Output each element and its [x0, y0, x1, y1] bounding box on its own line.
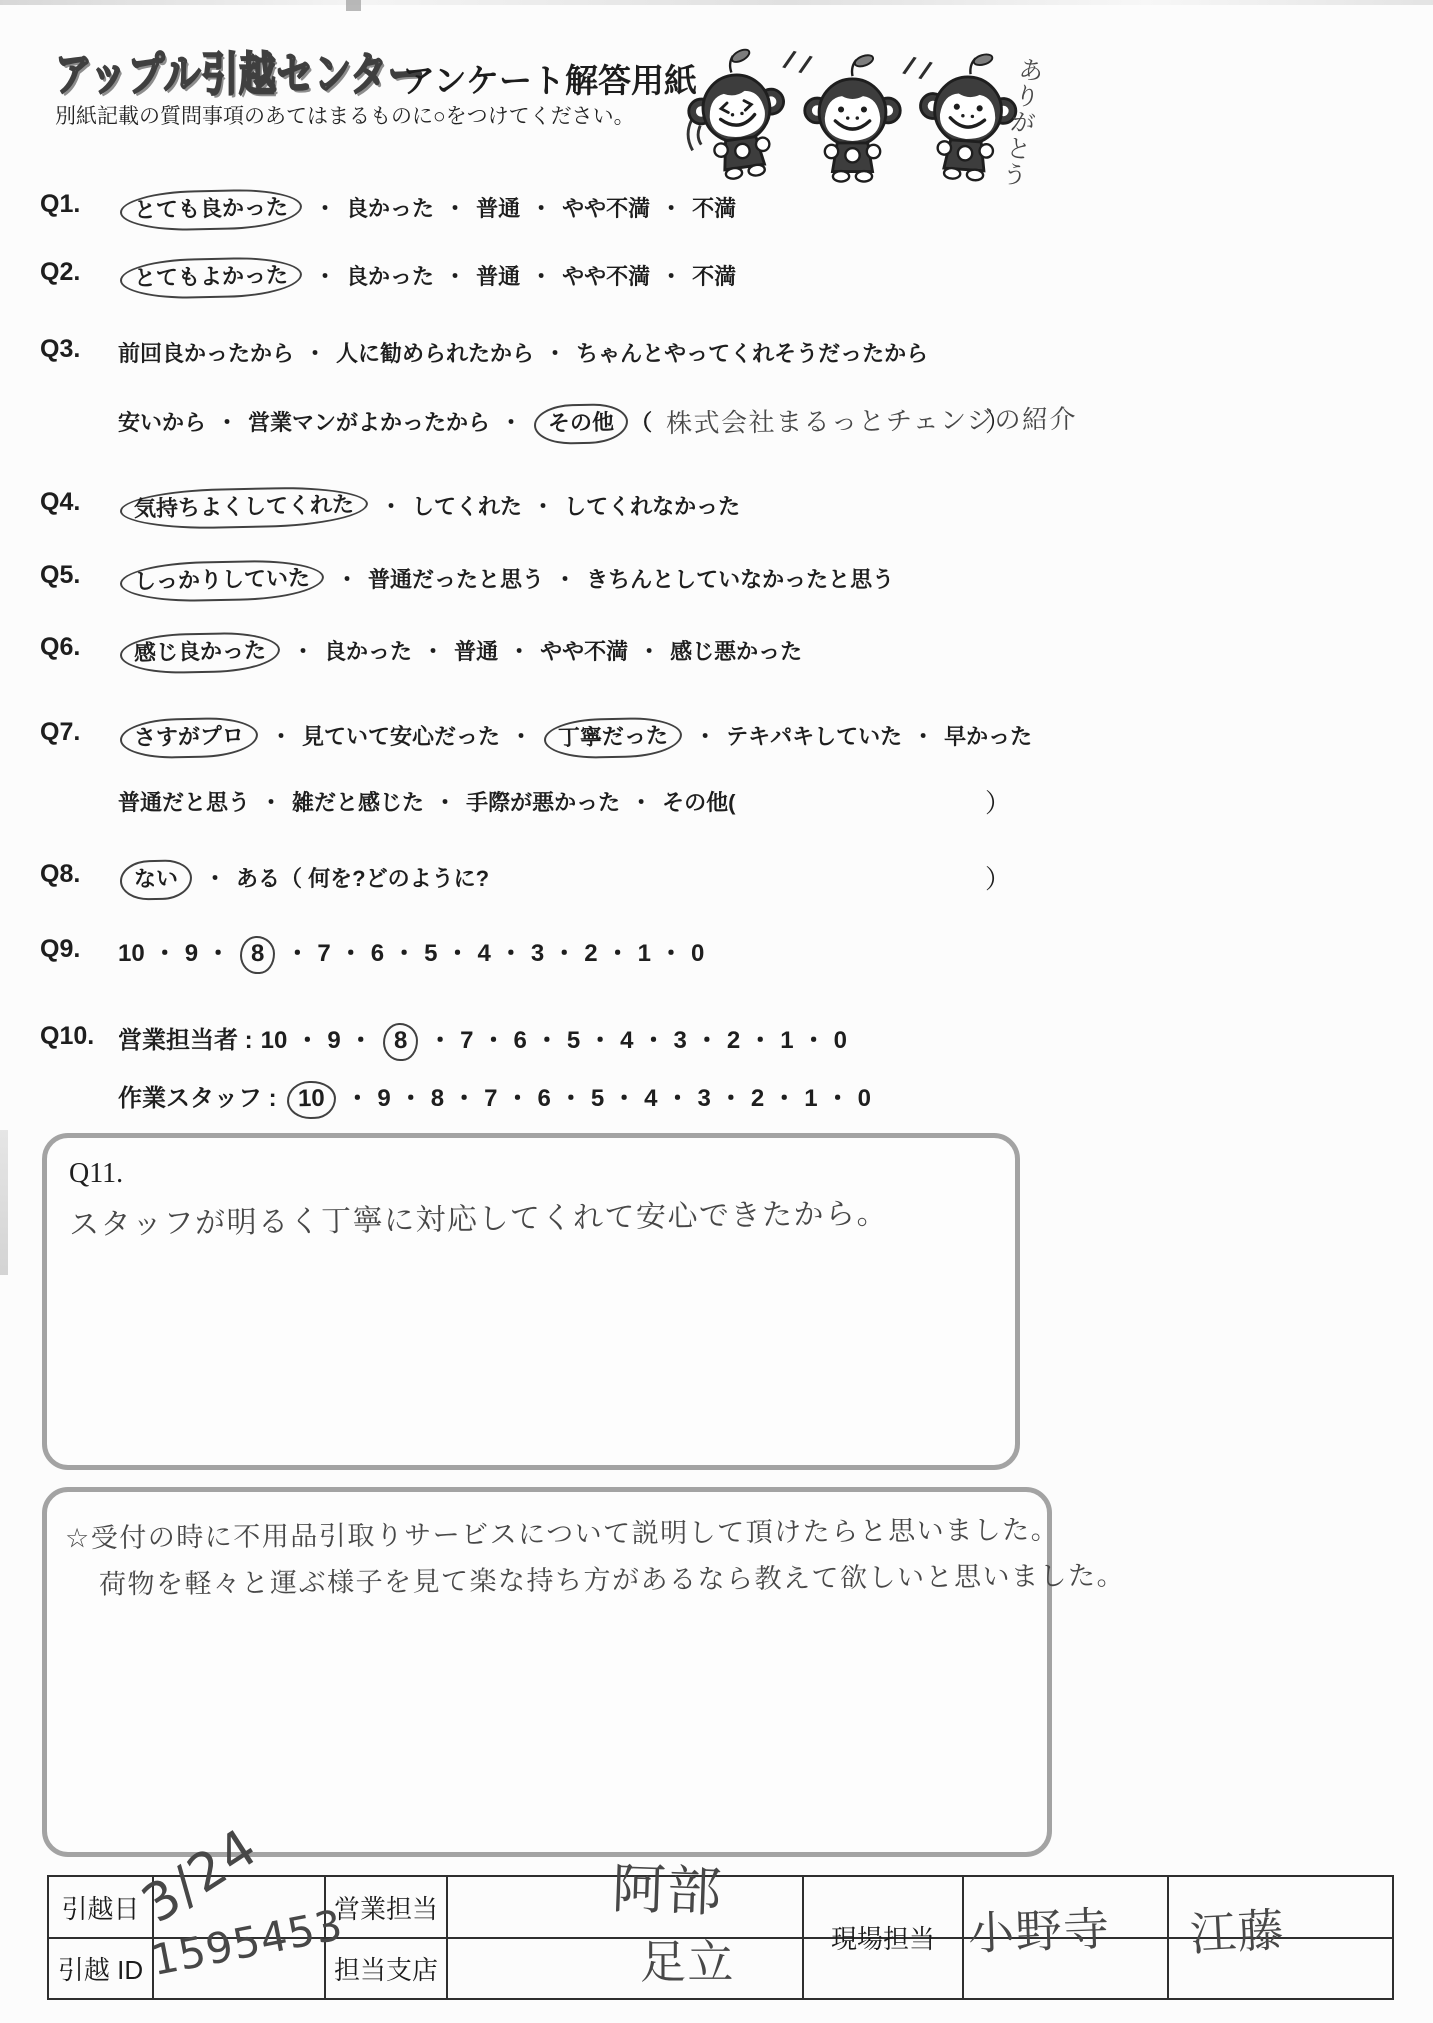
survey-form-page: アップル引越センター アンケート解答用紙 別紙記載の質問事項のあてはまるものに○… — [0, 0, 1433, 2023]
option: 6 — [537, 1080, 550, 1118]
option-separator: ・ — [719, 1085, 743, 1112]
option-separator: ・ — [444, 264, 466, 289]
option-separator: ・ — [508, 639, 530, 664]
scan-artifact — [346, 0, 361, 11]
option-separator: ・ — [826, 1085, 850, 1112]
option: 早かった — [944, 718, 1032, 756]
option: 10 — [261, 1022, 288, 1060]
option: 7 — [460, 1022, 473, 1060]
question-label: Q1. — [40, 190, 80, 219]
option-separator: ・ — [481, 1027, 505, 1054]
option: 普通 — [476, 258, 520, 296]
question-row: 気持ちよくしてくれた・してくれた・してくれなかった — [118, 488, 1413, 532]
option: 10 — [118, 935, 145, 973]
comment-line: 荷物を軽々と運ぶ様子を見て楽な持ち方があるなら教えて欲しいと思いました。 — [99, 1554, 1125, 1602]
option: 3 — [531, 935, 544, 973]
q11-response-box: Q11. スタッフが明るく丁寧に対応してくれて安心できたから。 — [42, 1133, 1020, 1470]
option: 1 — [804, 1080, 817, 1118]
option: 6 — [371, 935, 384, 973]
company-logo: アップル引越センター — [55, 38, 425, 104]
option: 3 — [698, 1080, 711, 1118]
option-separator: ・ — [510, 724, 532, 749]
option: その他( — [662, 784, 735, 822]
option: してくれた — [412, 488, 522, 526]
option: 良かった — [346, 258, 434, 296]
option: 不満 — [692, 190, 736, 228]
monkey-waving-icon — [685, 46, 790, 186]
option: 1 — [780, 1022, 793, 1060]
option-separator: ・ — [552, 940, 576, 967]
option: 5 — [591, 1080, 604, 1118]
question-row: 普通だと思う・雑だと感じた・手際が悪かった・その他(） — [118, 784, 1413, 828]
q11-label: Q11. — [69, 1158, 123, 1190]
move-id-label: 引越 ID — [49, 1938, 152, 1998]
option-separator: ・ — [444, 196, 466, 221]
circled-option: 気持ちよくしてくれた — [120, 485, 369, 530]
option-separator: ・ — [428, 1027, 452, 1054]
question-row: しっかりしていた・普通だったと思う・きちんとしていなかったと思う — [118, 561, 1413, 605]
option: 6 — [513, 1022, 526, 1060]
option: 見ていて安心だった — [302, 718, 500, 756]
option-separator: ・ — [295, 1027, 319, 1054]
option: 良かった — [324, 633, 412, 671]
q11-handwritten-answer: スタッフが明るく丁寧に対応してくれて安心できたから。 — [69, 1188, 889, 1243]
handwritten-answer: 株式会社まるっとチェンジの紹介 — [666, 401, 1077, 443]
option-separator: ・ — [285, 940, 309, 967]
scan-artifact — [0, 1130, 8, 1275]
option-separator: ・ — [314, 196, 336, 221]
option-separator: ・ — [216, 410, 238, 435]
option: 雑だと感じた — [292, 784, 424, 822]
option: 9 — [327, 1022, 340, 1060]
form-title: アンケート解答用紙 — [402, 55, 697, 102]
option-separator: ・ — [499, 940, 523, 967]
option: 普通だと思う — [118, 784, 250, 822]
option-separator: ・ — [748, 1027, 772, 1054]
option: 普通 — [454, 633, 498, 671]
option-separator: ・ — [392, 940, 416, 967]
option-separator: ・ — [554, 567, 576, 592]
option-separator: ・ — [452, 1085, 476, 1112]
option-separator: ・ — [314, 264, 336, 289]
circled-option: ない — [120, 859, 193, 900]
option: ちゃんとやってくれそうだったから — [576, 335, 928, 373]
option-separator: ・ — [530, 196, 552, 221]
option-separator: ・ — [638, 639, 660, 664]
question-row: とてもよかった・良かった・普通・やや不満・不満 — [118, 258, 1413, 302]
option: 5 — [424, 935, 437, 973]
option-separator: ・ — [612, 1085, 636, 1112]
mascot-group — [685, 46, 1045, 196]
sales-rep-label: 営業担当 — [326, 1877, 446, 1937]
option-separator: ・ — [802, 1027, 826, 1054]
handwritten-site-staff: 江藤 — [1188, 1894, 1286, 1965]
handwritten-branch: 足立 — [640, 1926, 735, 1992]
question-row: 営業担当者 :10・9・8・7・6・5・4・3・2・1・0 — [118, 1022, 1413, 1066]
question-label: Q8. — [40, 860, 80, 889]
option-separator: ・ — [642, 1027, 666, 1054]
option-separator: ・ — [206, 940, 230, 967]
question-row: 安いから・営業マンがよかったから・その他（株式会社まるっとチェンジの紹介） — [118, 403, 1413, 447]
comment-box: ☆受付の時に不用品引取りサービスについて説明して頂けたらと思いました。 荷物を軽… — [42, 1487, 1052, 1857]
option-separator: ・ — [666, 1085, 690, 1112]
option-separator: ・ — [304, 341, 326, 366]
question-row: さすがプロ・見ていて安心だった・丁寧だった・テキパキしていた・早かった — [118, 718, 1413, 762]
option-separator: ・ — [660, 264, 682, 289]
option-separator: ・ — [530, 264, 552, 289]
option-separator: ・ — [380, 494, 402, 519]
option-separator: ・ — [588, 1027, 612, 1054]
question-label: Q10. — [40, 1022, 94, 1051]
question-label: Q6. — [40, 633, 80, 662]
option-separator: ・ — [153, 940, 177, 967]
option: 不満 — [692, 258, 736, 296]
option: 3 — [674, 1022, 687, 1060]
option: 良かった — [346, 190, 434, 228]
option: 2 — [727, 1022, 740, 1060]
question-label: Q2. — [40, 258, 80, 287]
option-separator: ・ — [434, 790, 456, 815]
option: 1 — [638, 935, 651, 973]
option: 2 — [751, 1080, 764, 1118]
option: 9 — [185, 935, 198, 973]
option-text: 作業スタッフ : — [118, 1080, 277, 1118]
option-text: 営業担当者 : — [118, 1022, 253, 1060]
question-label: Q5. — [40, 561, 80, 590]
site-staff-label: 現場担当 — [804, 1877, 962, 1998]
comment-line: ☆受付の時に不用品引取りサービスについて説明して頂けたらと思いました。 — [65, 1508, 1059, 1556]
closing-paren: ） — [985, 784, 1011, 822]
circled-option: 10 — [286, 1080, 335, 1119]
option-text: （ 何を?どのように? — [280, 860, 489, 898]
option-separator: ・ — [292, 639, 314, 664]
option: 2 — [584, 935, 597, 973]
handwritten-site-staff: 小野寺 — [967, 1893, 1112, 1964]
option-separator: ・ — [694, 724, 716, 749]
option: 0 — [834, 1022, 847, 1060]
option-separator: ・ — [500, 410, 522, 435]
option-separator: ・ — [339, 940, 363, 967]
circled-option: 丁寧だった — [544, 717, 683, 760]
circled-option: 8 — [240, 936, 276, 975]
question-row: とても良かった・良かった・普通・やや不満・不満 — [118, 190, 1413, 234]
question-row: 前回良かったから・人に勧められたから・ちゃんとやってくれそうだったから — [118, 335, 1413, 379]
option: 4 — [620, 1022, 633, 1060]
circled-option: とてもよかった — [120, 256, 303, 300]
question-label: Q9. — [40, 935, 80, 964]
circled-option: しっかりしていた — [120, 559, 325, 603]
option: やや不満 — [540, 633, 628, 671]
option-separator: ・ — [336, 567, 358, 592]
option-separator: ・ — [532, 494, 554, 519]
question-row: 作業スタッフ :10・9・8・7・6・5・4・3・2・1・0 — [118, 1080, 1413, 1124]
option: 0 — [691, 935, 704, 973]
question-label: Q4. — [40, 488, 80, 517]
option: 0 — [858, 1080, 871, 1118]
option: 4 — [478, 935, 491, 973]
option: 前回良かったから — [118, 335, 294, 373]
option-separator: ・ — [399, 1085, 423, 1112]
closing-paren: ） — [985, 860, 1011, 898]
option-separator: ・ — [606, 940, 630, 967]
option-separator: ・ — [630, 790, 652, 815]
question-row: ない・ある（ 何を?どのように?） — [118, 860, 1413, 904]
option-separator: ・ — [260, 790, 282, 815]
scan-artifact — [0, 0, 1433, 5]
circled-option: さすがプロ — [120, 717, 259, 760]
option-text: （ — [630, 404, 652, 442]
option-separator: ・ — [772, 1085, 796, 1112]
option-separator: ・ — [345, 1085, 369, 1112]
option: やや不満 — [562, 190, 650, 228]
option: 手際が悪かった — [466, 784, 620, 822]
circled-option: とても良かった — [120, 188, 303, 232]
monkey-smiling-icon — [800, 50, 905, 190]
option: してくれなかった — [564, 488, 740, 526]
option: 8 — [431, 1080, 444, 1118]
option: ある — [236, 860, 280, 898]
option: 7 — [317, 935, 330, 973]
option: 人に勧められたから — [336, 335, 534, 373]
option-separator: ・ — [349, 1027, 373, 1054]
option: 感じ悪かった — [670, 633, 802, 671]
option: 9 — [377, 1080, 390, 1118]
option-separator: ・ — [912, 724, 934, 749]
option-separator: ・ — [660, 196, 682, 221]
option-separator: ・ — [446, 940, 470, 967]
option: 4 — [644, 1080, 657, 1118]
option: 安いから — [118, 404, 206, 442]
option-separator: ・ — [204, 866, 226, 891]
option: やや不満 — [562, 258, 650, 296]
option: 5 — [567, 1022, 580, 1060]
option: 普通 — [476, 190, 520, 228]
option-separator: ・ — [695, 1027, 719, 1054]
option: テキパキしていた — [726, 718, 902, 756]
option: きちんとしていなかったと思う — [586, 561, 894, 599]
question-label: Q3. — [40, 335, 80, 364]
option-separator: ・ — [535, 1027, 559, 1054]
closing-paren: ） — [985, 403, 1011, 441]
option-separator: ・ — [544, 341, 566, 366]
option: 普通だったと思う — [368, 561, 544, 599]
option-separator: ・ — [505, 1085, 529, 1112]
handwritten-sales-rep: 阿部 — [611, 1846, 725, 1927]
option: 営業マンがよかったから — [248, 404, 490, 442]
question-label: Q7. — [40, 718, 80, 747]
question-row: 感じ良かった・良かった・普通・やや不満・感じ悪かった — [118, 633, 1413, 677]
option: 7 — [484, 1080, 497, 1118]
option-separator: ・ — [270, 724, 292, 749]
circled-option: 感じ良かった — [120, 631, 281, 674]
question-row: 10・9・8・7・6・5・4・3・2・1・0 — [118, 935, 1413, 979]
circled-option: その他 — [534, 403, 629, 445]
instruction-text: 別紙記載の質問事項のあてはまるものに○をつけてください。 — [55, 100, 635, 130]
option-separator: ・ — [559, 1085, 583, 1112]
circled-option: 8 — [382, 1023, 418, 1062]
option-separator: ・ — [422, 639, 444, 664]
option-separator: ・ — [659, 940, 683, 967]
